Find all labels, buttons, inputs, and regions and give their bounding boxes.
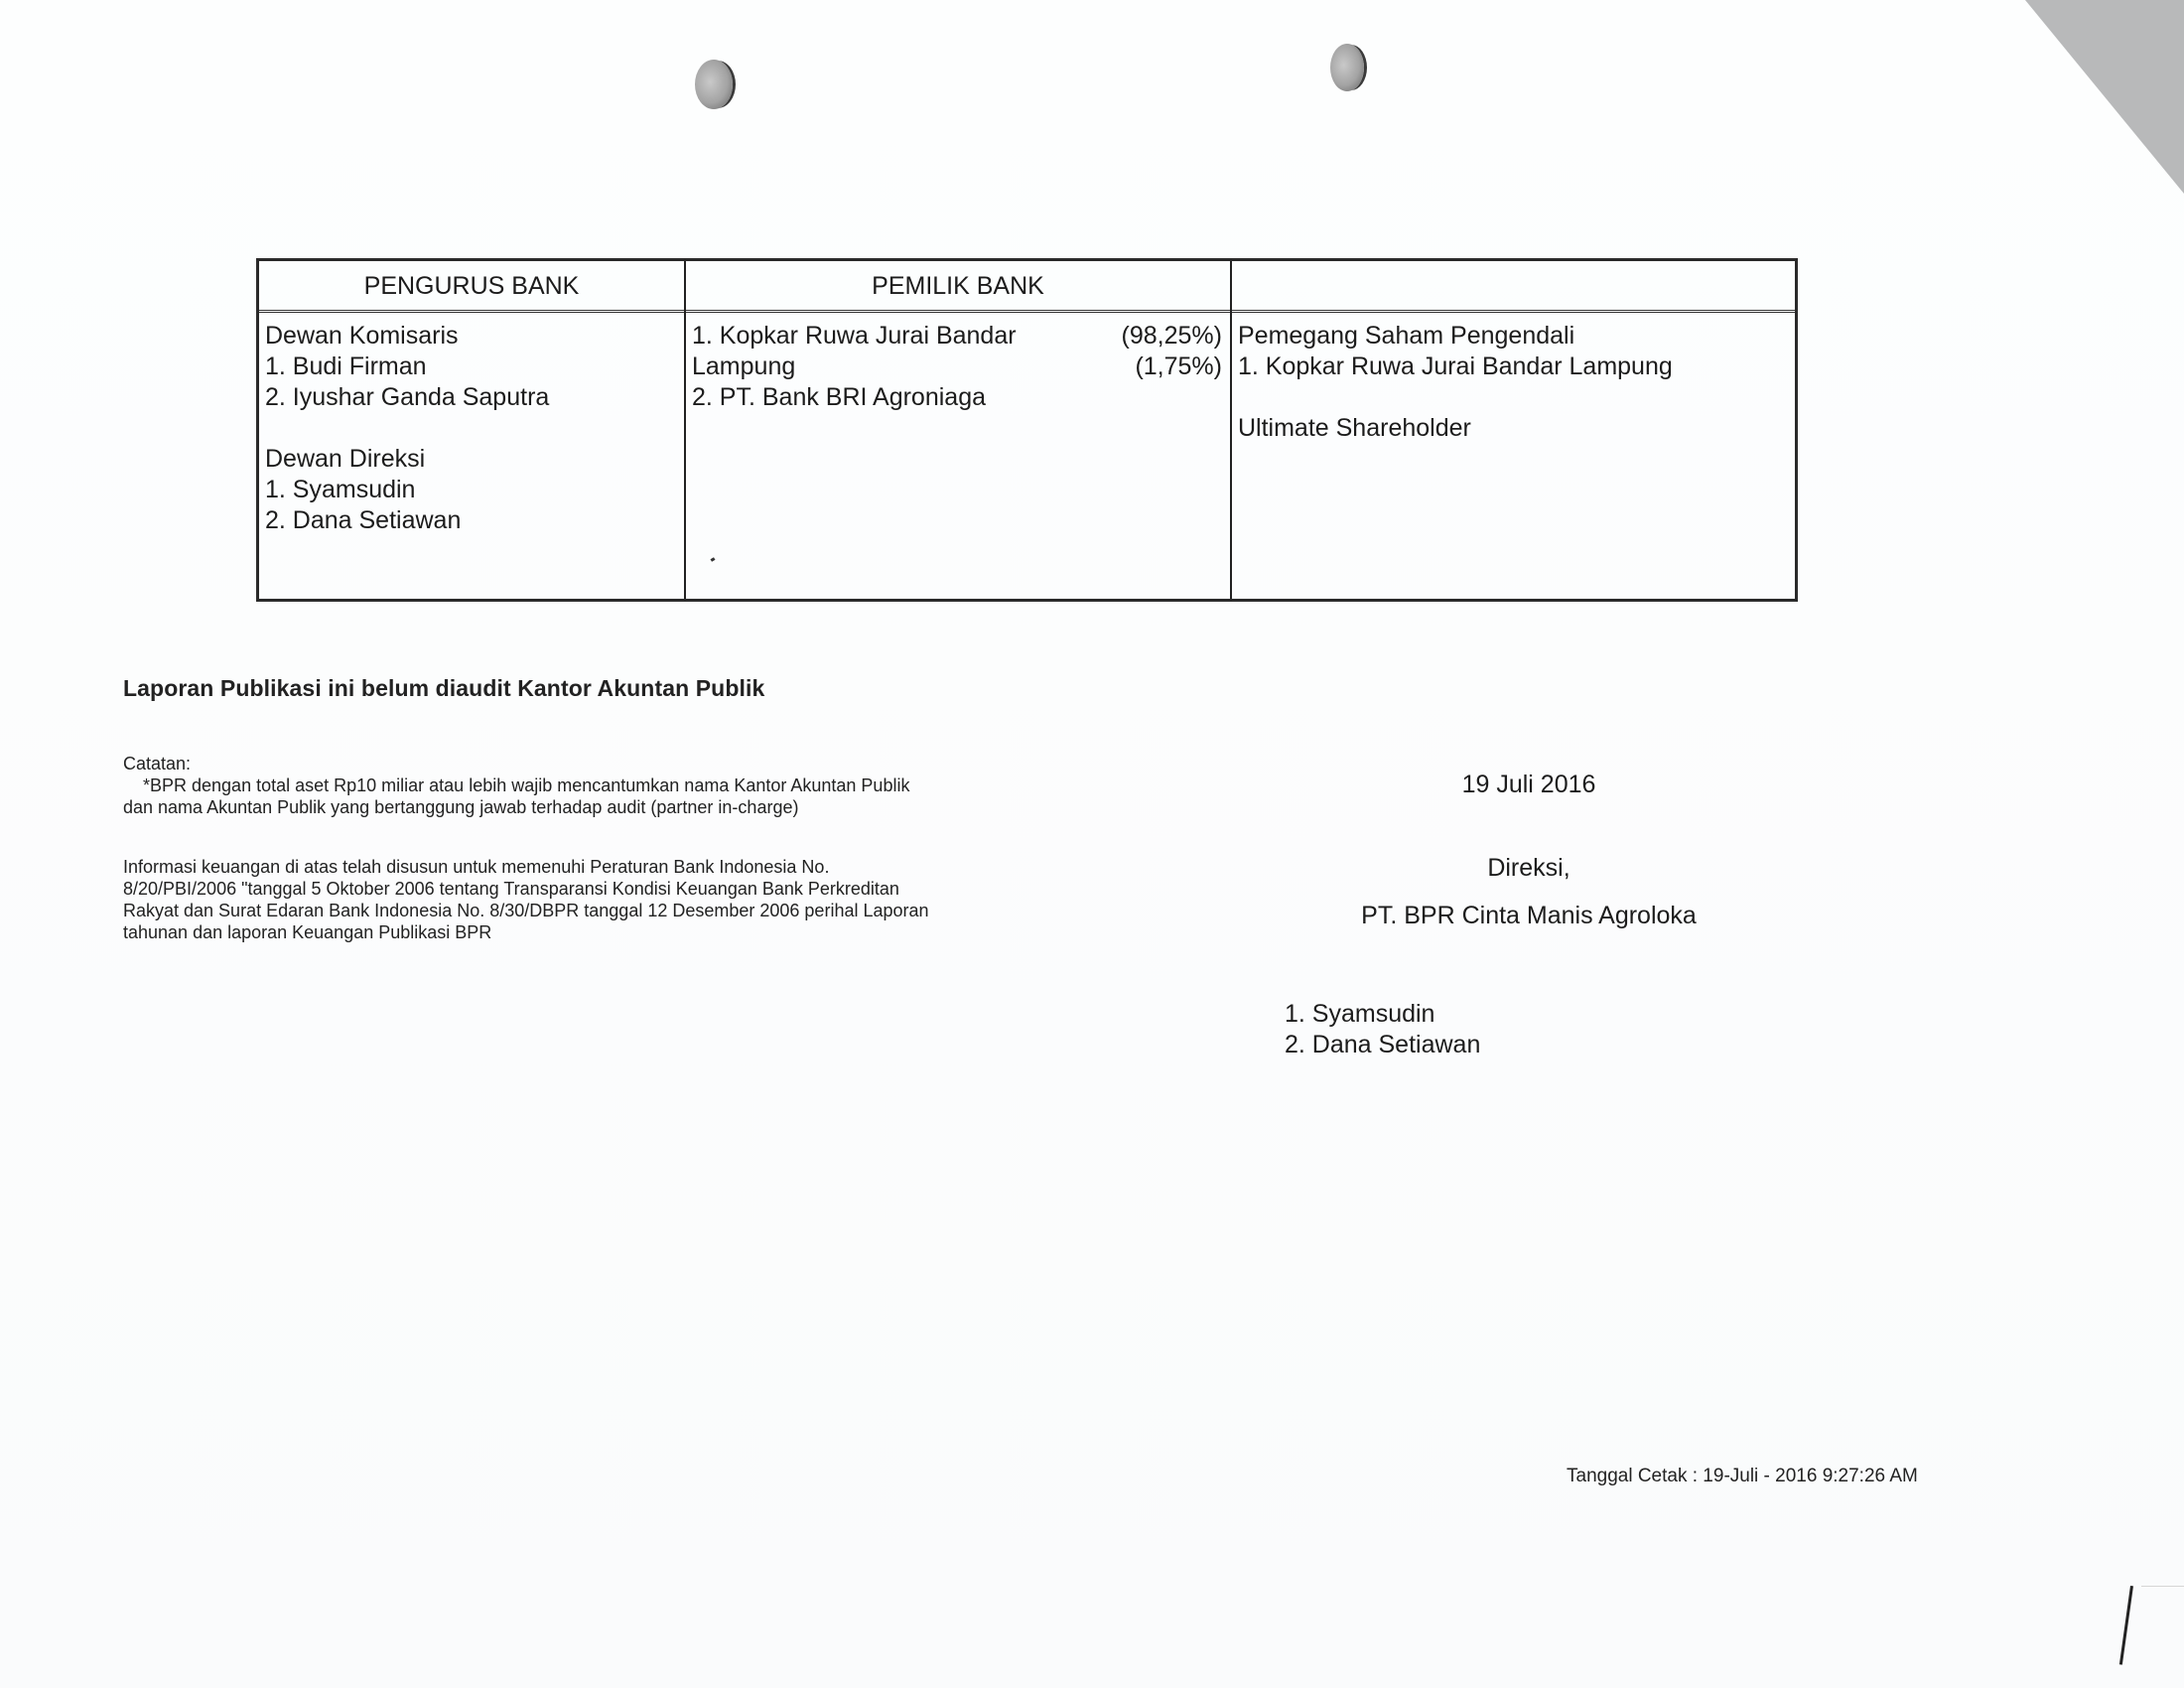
scan-edge-line [2141,1586,2184,1587]
owner-name: 1. Kopkar Ruwa Jurai Bandar [692,322,1017,350]
ownership-table: PENGURUS BANK Dewan Komisaris 1. Budi Fi… [256,258,1798,602]
punch-hole-left [695,60,733,109]
pemilik-cell: 1. Kopkar Ruwa Jurai Bandar (98,25%) Lam… [686,313,1230,413]
column-pengendali: Pemegang Saham Pengendali 1. Kopkar Ruwa… [1232,261,1795,599]
header-empty [1232,261,1795,313]
owner-name: 2. PT. Bank BRI Agroniaga [692,383,986,411]
ultimate-shareholder-title: Ultimate Shareholder [1238,413,1791,444]
notes-title: Catatan: [123,753,1096,774]
owner-row: 1. Kopkar Ruwa Jurai Bandar (98,25%) [692,321,1226,352]
komisaris-title: Dewan Komisaris [265,321,680,352]
notes-line: *BPR dengan total aset Rp10 miliar atau … [123,774,1096,796]
header-pemilik-bank: PEMILIK BANK [686,261,1230,313]
print-date: Tanggal Cetak : 19-Juli - 2016 9:27:26 A… [1567,1466,1918,1487]
pengurus-cell: Dewan Komisaris 1. Budi Firman 2. Iyusha… [259,313,684,536]
header-pengurus-bank: PENGURUS BANK [259,261,684,313]
direksi-title: Dewan Direksi [265,444,680,475]
punch-hole-right [1330,44,1364,91]
owner-share: (98,25%) [1122,321,1222,352]
audit-disclaimer: Laporan Publikasi ini belum diaudit Kant… [123,675,764,702]
column-pengurus-bank: PENGURUS BANK Dewan Komisaris 1. Budi Fi… [259,261,686,599]
signature-date: 19 Juli 2016 [1370,771,1688,799]
komisaris-item: 1. Budi Firman [265,352,680,382]
signer: 2. Dana Setiawan [1285,1030,1480,1060]
owner-share: (1,75%) [1135,352,1222,382]
signers-list: 1. Syamsudin 2. Dana Setiawan [1285,999,1480,1060]
info-line: Rakyat dan Surat Edaran Bank Indonesia N… [123,900,929,921]
direksi-item: 2. Dana Setiawan [265,505,680,536]
scanned-page: PENGURUS BANK Dewan Komisaris 1. Budi Fi… [0,0,2184,1688]
notes-line: dan nama Akuntan Publik yang bertanggung… [123,796,1096,818]
pengendali-cell: Pemegang Saham Pengendali 1. Kopkar Ruwa… [1232,313,1795,444]
owner-name-cont: Lampung [692,352,795,380]
pengendali-title: Pemegang Saham Pengendali [1238,321,1791,352]
signature-role: Direksi, [1370,854,1688,883]
info-line: 8/20/PBI/2006 "tanggal 5 Oktober 2006 te… [123,878,929,900]
komisaris-item: 2. Iyushar Ganda Saputra [265,382,680,413]
column-pemilik-bank: PEMILIK BANK 1. Kopkar Ruwa Jurai Bandar… [686,261,1232,599]
notes-block: Catatan: *BPR dengan total aset Rp10 mil… [123,753,1096,818]
regulation-info: Informasi keuangan di atas telah disusun… [123,856,929,943]
info-line: Informasi keuangan di atas telah disusun… [123,856,929,878]
owner-row: 2. PT. Bank BRI Agroniaga [692,382,1226,413]
direksi-item: 1. Syamsudin [265,475,680,505]
owner-row: Lampung (1,75%) [692,352,1226,382]
pengendali-item: 1. Kopkar Ruwa Jurai Bandar Lampung [1238,352,1791,382]
scan-edge-mark [2119,1586,2133,1665]
signature-company: PT. BPR Cinta Manis Agroloka [1291,902,1767,930]
info-line: tahunan dan laporan Keuangan Publikasi B… [123,921,929,943]
signer: 1. Syamsudin [1285,999,1480,1030]
folded-corner [2025,0,2184,194]
